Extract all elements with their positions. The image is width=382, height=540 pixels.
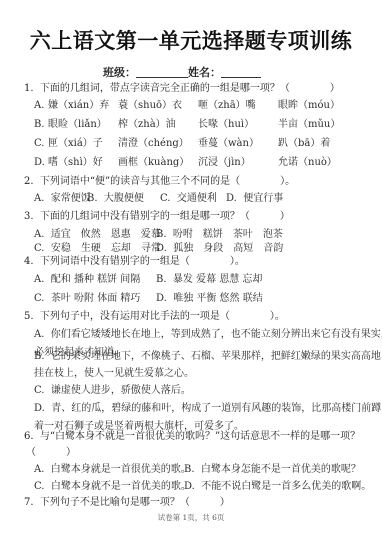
question-5-stem: 5. 下列句子中，没有运用对比手法的一项是（ ）。 <box>24 312 285 322</box>
question-7-stem: 7. 下列句子不是比喻句是哪一项？（ ） <box>24 498 230 508</box>
question-2-stem: 2. 下列词语中“便”的读音与其他三个不同的是（ ）。 <box>24 177 295 187</box>
question-2-option-c[interactable]: C. 交通便利 <box>160 194 217 204</box>
question-1-option-b[interactable]: B.眼睑（liǎn）榨（zhà）油长喙（huì）半亩（mǔu） <box>34 120 45 130</box>
question-1-option-d[interactable]: D.嗜（shì）好画框（kuàng）沉浸（jìn）允诺（nuò） <box>34 158 45 168</box>
question-1-stem: 1. 下面的几组词，带点字读音完全正确的一组是哪一项？（ ） <box>24 84 340 94</box>
question-2-option-b[interactable]: B. 大腹便便 <box>87 194 144 204</box>
name-blank-field[interactable] <box>221 66 261 78</box>
question-3-option-c[interactable]: C. 安稳 生硬 忘却 寻常 <box>34 244 161 254</box>
class-label: 班级： <box>103 66 136 79</box>
question-6-option-b[interactable]: B. 白鹭本身怎能不是一首优美的歌呢？ <box>184 465 361 475</box>
question-4-option-b[interactable]: B. 暴发 爱幕 恩慧 忘却 <box>156 275 262 285</box>
question-6-stem: 6. 与“白鹭本身不就是一首很优美的歌吗？”这句话意思不一样的是哪一项？ <box>24 432 360 442</box>
student-info: 班级：姓名： <box>103 66 261 78</box>
question-2-option-d[interactable]: D. 便宜行事 <box>226 194 283 204</box>
question-3-option-a[interactable]: A. 适宜 攸然 恩惠 爱慕 <box>34 230 161 240</box>
name-label: 姓名： <box>188 66 221 79</box>
question-1-option-a[interactable]: A. 嫌（xián）弃蓑（shuō）衣咂（zhā）嘴眼眸（móu） <box>34 101 51 111</box>
question-6-answer-paren[interactable]: （ ） <box>26 448 76 458</box>
question-4-option-d[interactable]: D. 唯独 平衡 悠然 联结 <box>156 294 263 304</box>
page-footer: 试卷第 1页，共 6页 <box>0 514 382 522</box>
question-3-stem: 3. 下面的几组词中没有错别字的一组是哪一项？（ ） <box>24 212 290 222</box>
page-title: 六上语文第一单元选择题专项训练 <box>0 31 382 52</box>
question-1-option-c[interactable]: C.匣（xiá）子清澄（chéng）垂蔓（wàn）趴（bā）着 <box>34 139 44 149</box>
question-4-option-c[interactable]: C. 茶叶 吩附 体面 精巧 <box>34 294 140 304</box>
class-blank-field[interactable] <box>136 66 188 78</box>
question-5-option-c[interactable]: C. 谦虚使人进步，骄傲使人落后。 <box>34 386 191 396</box>
question-6-option-c[interactable]: C. 白鹭本身就不是一首优美的歌。 <box>34 482 191 492</box>
question-2-option-a[interactable]: A. 家常便饭 <box>34 194 91 204</box>
question-3-option-b[interactable]: B. 吩咐 糕饼 茶叶 泡茶 <box>156 230 283 240</box>
question-6-option-a[interactable]: A. 白鹭本身就是一首很优美的歌。 <box>34 465 191 475</box>
question-3-option-d[interactable]: D. 狐独 身段 高短 音韵 <box>156 244 283 254</box>
question-6-option-d[interactable]: D. 不能不说白鹭是一首多么优美的歌啊。 <box>184 482 371 492</box>
question-4-stem: 4. 下列词语中没有错别字的一组是（ ）。 <box>24 257 245 267</box>
question-4-option-a[interactable]: A. 配和 播种 糕饼 间隔 <box>34 275 140 285</box>
